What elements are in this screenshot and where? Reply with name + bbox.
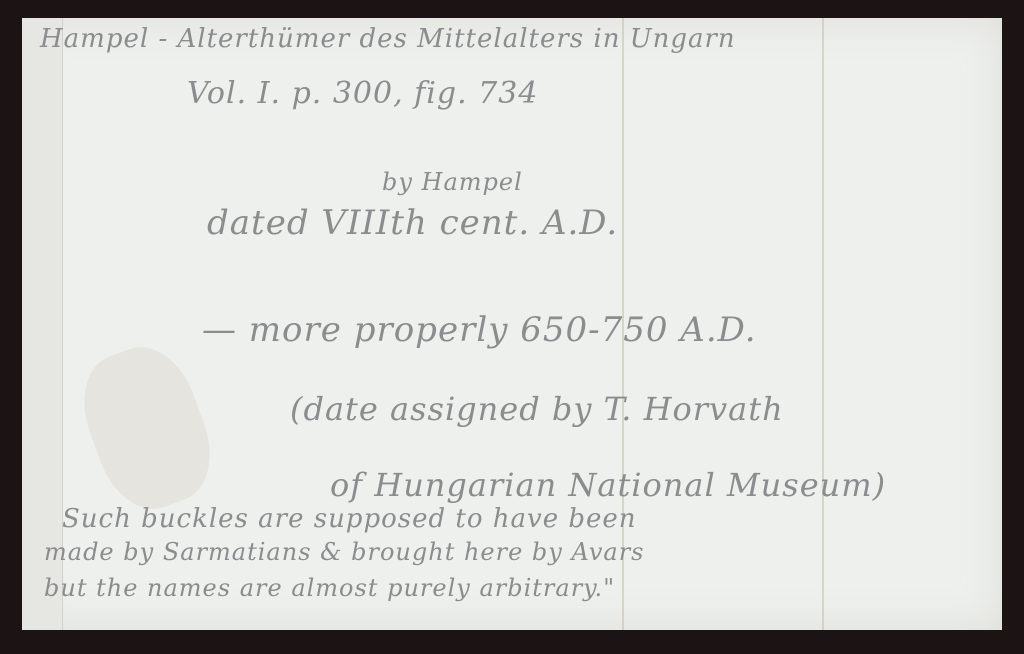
remark-line: Such buckles are supposed to have been (62, 504, 637, 534)
remark-line: made by Sarmatians & brought here by Ava… (44, 538, 645, 566)
dating-line: dated VIIIth cent. A.D. (207, 203, 618, 243)
volume-reference: Vol. I. p. 300, fig. 734 (187, 76, 538, 111)
attribution-line: (date assigned by T. Horvath (290, 390, 784, 428)
citation-line: Hampel - Alterthümer des Mittelalters in… (40, 24, 736, 54)
revised-dating-line: — more properly 650-750 A.D. (202, 310, 757, 350)
remark-line: but the names are almost purely arbitrar… (44, 574, 615, 602)
institution-line: of Hungarian National Museum) (330, 466, 886, 504)
paper-crease (822, 18, 824, 630)
paper-stain (68, 334, 226, 522)
note-card: Hampel - Alterthümer des Mittelalters in… (22, 18, 1002, 630)
insertion-note: by Hampel (382, 168, 523, 196)
